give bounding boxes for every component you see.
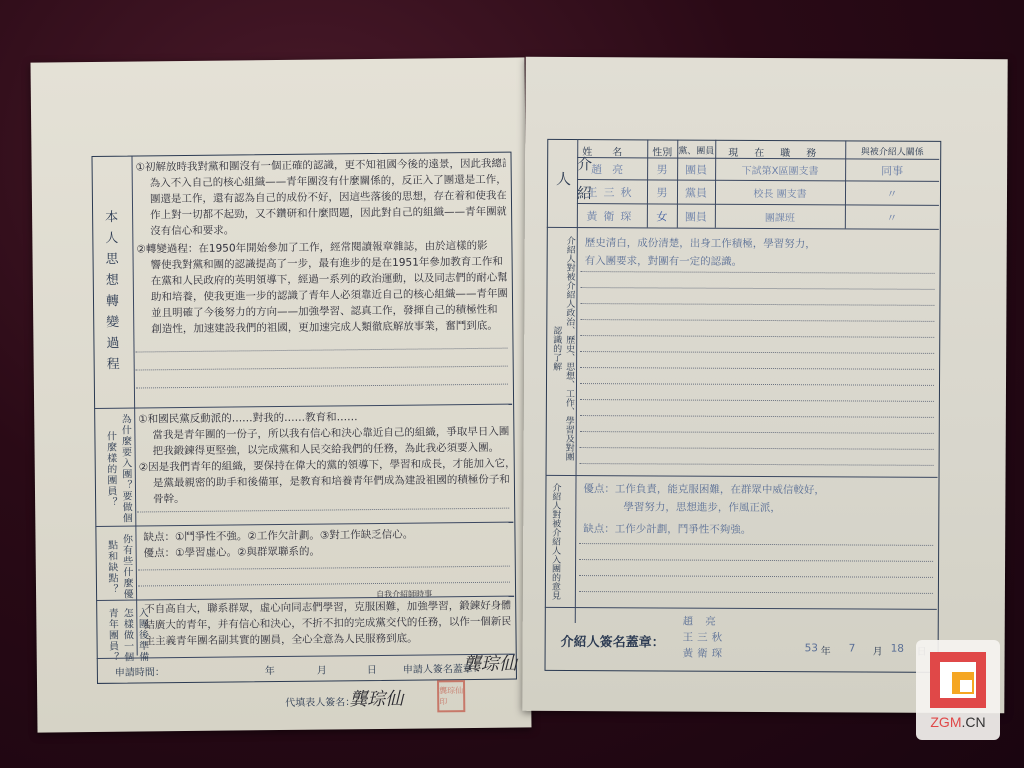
section2-label: 為什麼要入團？要做個什麼樣的團員？ <box>102 414 133 524</box>
section1-text: ①初解放時我對黨和團沒有一個正確的認識，更不知祖國今後的遠景，因此我總認 為入不… <box>31 57 525 62</box>
introducer-table: 姓名 性別 黨、團員 現在職務 與被介紹人關係 趙亮 男 團員 下試第X區團支書… <box>526 57 1008 60</box>
seal-stamp: 龔琮仙印 <box>437 680 465 712</box>
header-position: 現在職務 <box>715 144 845 160</box>
table-row: 黃衛琛 女 團員 團課班 〃 <box>526 57 1008 60</box>
header-party: 黨、團員 <box>677 144 715 157</box>
section2-text: ①和國民黨反動派的……對我的……教育和…… 當我是青年團的一份子，所以我有信心和… <box>31 57 525 62</box>
table-row: 王三秋 男 黨員 校長 團支書 〃 <box>526 57 1008 60</box>
understanding-text: 歷史清白，成份清楚，出身工作積極，學習努力， 有入團要求，對團有一定的認識。 <box>526 57 1008 60</box>
header-name: 姓名 <box>579 143 645 158</box>
header-gender: 性別 <box>647 143 677 158</box>
apply-time-label: 申請時間： <box>115 663 165 679</box>
logo-text: ZGM.CN <box>916 714 1000 730</box>
table-row: 趙亮 男 團員 下試第X區團支書 同事 <box>526 57 1008 60</box>
opinion-label: 介紹人對被介紹人入團的意見 <box>549 481 563 601</box>
section3-text: 缺点：①鬥爭性不強。②工作欠計劃。③對工作缺乏信心。 優点：①學習虛心。②與群眾… <box>31 57 525 62</box>
header-relation: 與被介紹人關係 <box>845 144 939 157</box>
opinion-text: 優点：工作負責，能克服困難，在群眾中威信較好， 學習努力，思想進步，作風正派， … <box>526 57 1008 60</box>
proxy-signature: 龔琮仙 <box>349 685 403 712</box>
right-page: 介紹人 姓名 性別 黨、團員 現在職務 與被介紹人關係 趙亮 男 團員 下試第X… <box>522 57 1007 714</box>
applicant-signature: 龔琮仙 <box>463 650 517 677</box>
section4-text: 不自高自大，聯系群眾，虛心向同志們學習，克服困難，加強學習，鍛鍊好身體，團 結廣… <box>31 57 525 62</box>
left-page: 本人思想轉變過程 ①初解放時我對黨和團沒有一個正確的認識，更不知祖國今後的遠景，… <box>31 57 532 732</box>
section3-label: 你有些什麼優點和缺點？ <box>103 532 134 602</box>
proxy-label: 代填表人簽名： <box>285 693 355 709</box>
section1-label: 本人思想轉變過程 <box>100 174 122 414</box>
understanding-label: 介紹人對被介紹人政治、歷史、思想、工作、學習及對團認識的了解 <box>550 233 577 463</box>
introducer-footer: 介紹人簽名蓋章： 趙亮 王三秋 黃衛琛 53 年 7 月 18 日 <box>526 57 1008 60</box>
application-footer: 申請時間： 年 月 日 申請人簽名蓋章： 龔琮仙 <box>31 57 525 62</box>
zgm-watermark-logo: ZGM.CN <box>916 640 1000 740</box>
section4-label: 入團後準備怎樣做一個青年團員？ <box>104 605 150 663</box>
introducer-sign-label: 介紹人簽名蓋章： <box>561 631 665 651</box>
